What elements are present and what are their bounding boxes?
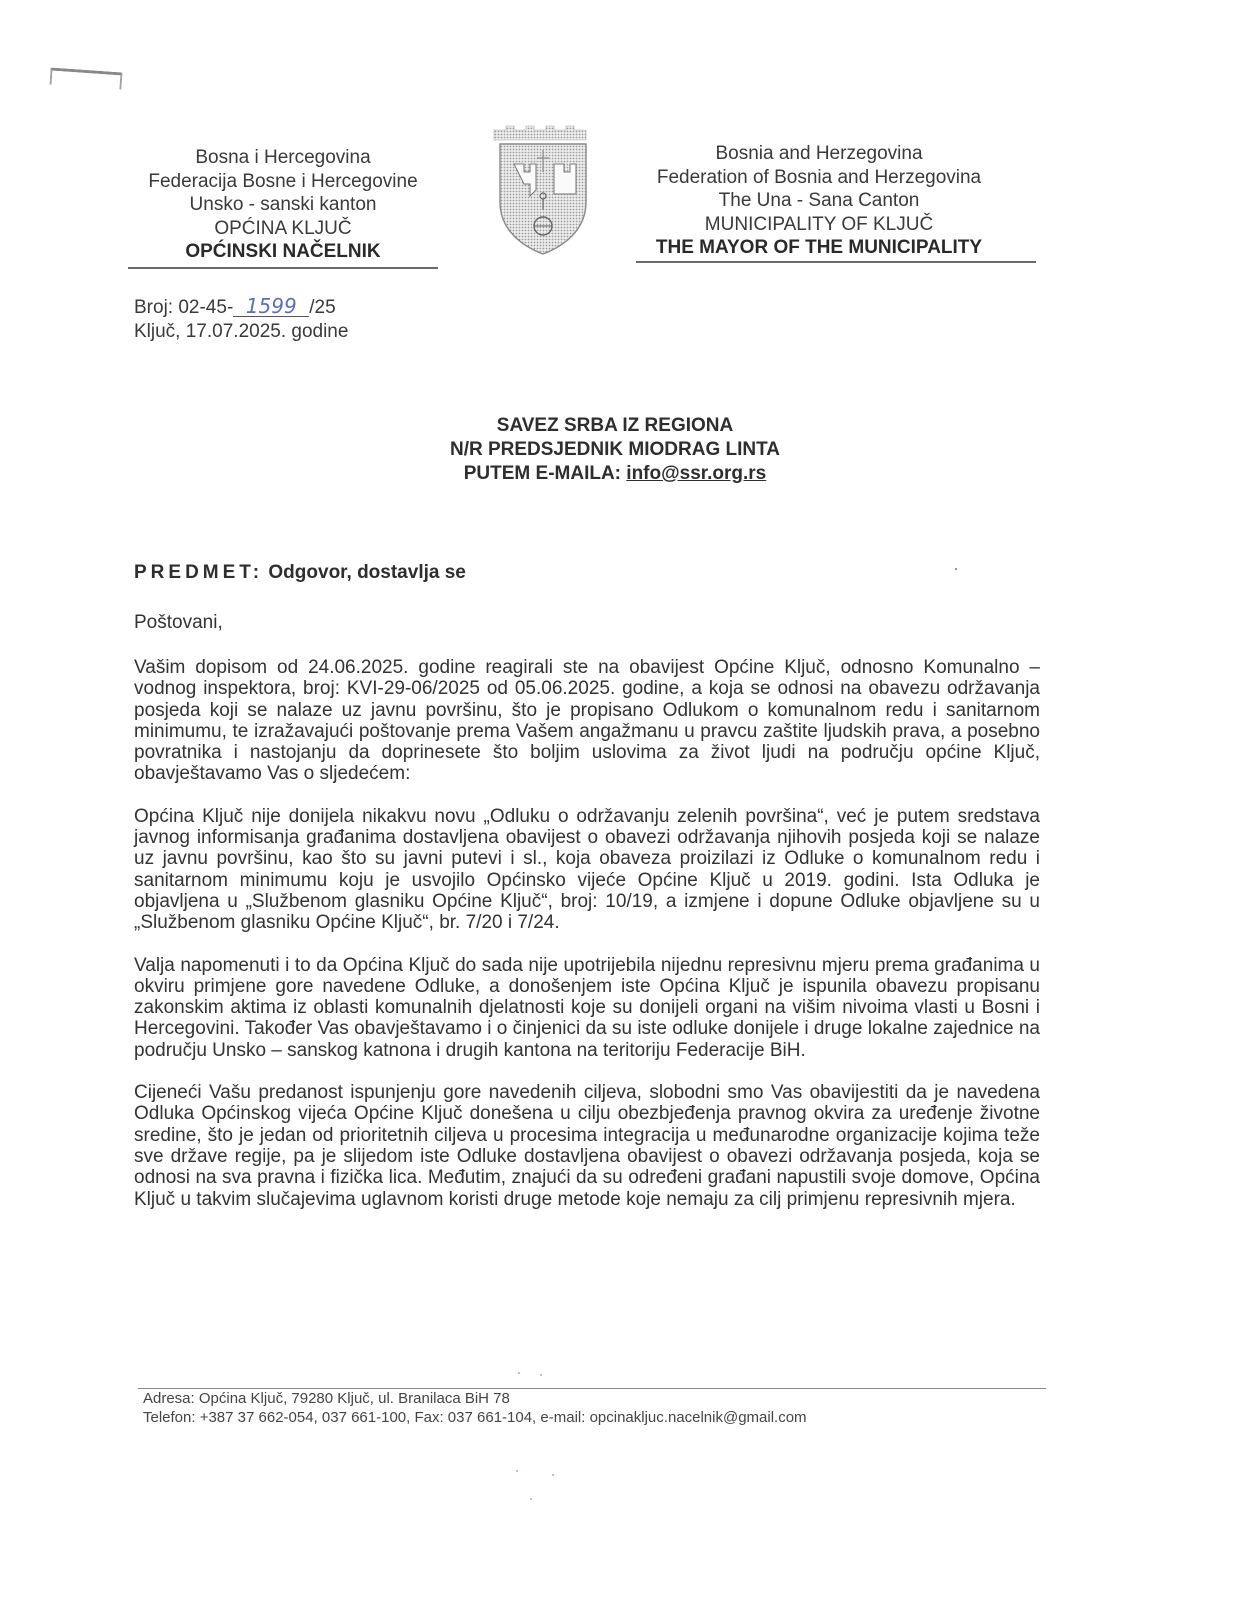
header-right-block: Bosnia and Herzegovina Federation of Bos…: [634, 142, 1004, 260]
scan-speck: [518, 1372, 520, 1374]
header-left-line: Unsko - sanski kanton: [128, 193, 438, 217]
scan-speck: [552, 1474, 554, 1476]
header-left-block: Bosna i Hercegovina Federacija Bosne i H…: [128, 146, 438, 264]
footer-divider: [138, 1388, 1046, 1389]
header-right-divider: [636, 261, 1036, 263]
recipient-attention: N/R PREDSJEDNIK MIODRAG LINTA: [380, 438, 850, 462]
reference-number: Broj: 02-45-1599/25: [134, 296, 348, 320]
body-paragraph: Vašim dopisom od 24.06.2025. godine reag…: [134, 657, 1040, 785]
body-paragraph: Valja napomenuti i to da Općina Ključ do…: [134, 955, 1040, 1061]
footer-block: Adresa: Općina Ključ, 79280 Ključ, ul. B…: [143, 1390, 807, 1427]
place-date: Ključ, 17.07.2025. godine: [134, 320, 348, 344]
reference-block: Broj: 02-45-1599/25 Ključ, 17.07.2025. g…: [134, 296, 348, 344]
letter-body: Vašim dopisom od 24.06.2025. godine reag…: [134, 657, 1040, 1231]
subject-line: PREDMET: Odgovor, dostavlja se: [134, 562, 466, 584]
header-left-line: Bosna i Hercegovina: [128, 146, 438, 170]
reference-suffix: /25: [309, 297, 335, 318]
reference-prefix: Broj: 02-45-: [134, 297, 233, 318]
delivery-label: PUTEM E-MAILA:: [464, 463, 627, 484]
scan-speck: [530, 1498, 532, 1500]
header-left-title: OPĆINSKI NAČELNIK: [128, 240, 438, 264]
body-paragraph: Cijeneći Vašu predanost ispunjenju gore …: [134, 1082, 1040, 1210]
recipient-delivery: PUTEM E-MAILA: info@ssr.org.rs: [380, 462, 850, 486]
scan-speck: [540, 1374, 542, 1376]
subject-label: PREDMET:: [134, 562, 263, 583]
header-right-line: Federation of Bosnia and Herzegovina: [634, 166, 1004, 190]
recipient-email-link[interactable]: info@ssr.org.rs: [626, 463, 766, 484]
header-left-line: OPĆINA KLJUČ: [128, 217, 438, 241]
subject-text: Odgovor, dostavlja se: [268, 562, 465, 583]
recipient-organization: SAVEZ SRBA IZ REGIONA: [380, 414, 850, 438]
header-left-divider: [128, 267, 438, 269]
scan-speck: [516, 1470, 518, 1472]
recipient-block: SAVEZ SRBA IZ REGIONA N/R PREDSJEDNIK MI…: [380, 414, 850, 486]
header-right-title: THE MAYOR OF THE MUNICIPALITY: [634, 236, 1004, 260]
body-paragraph: Općina Ključ nije donijela nikakvu novu …: [134, 806, 1040, 934]
handwritten-number: 1599: [233, 296, 309, 317]
header-right-line: Bosnia and Herzegovina: [634, 142, 1004, 166]
header-right-line: MUNICIPALITY OF KLJUČ: [634, 213, 1004, 237]
greeting: Poštovani,: [134, 612, 223, 634]
footer-contact: Telefon: +387 37 662-054, 037 661-100, F…: [143, 1409, 807, 1428]
header-left-line: Federacija Bosne i Hercegovine: [128, 170, 438, 194]
header-right-line: The Una - Sana Canton: [634, 189, 1004, 213]
scan-artifact-mark: [49, 68, 122, 90]
scan-speck: [955, 568, 957, 570]
municipal-coat-of-arms-icon: [488, 124, 598, 256]
footer-address: Adresa: Općina Ključ, 79280 Ključ, ul. B…: [143, 1390, 807, 1409]
